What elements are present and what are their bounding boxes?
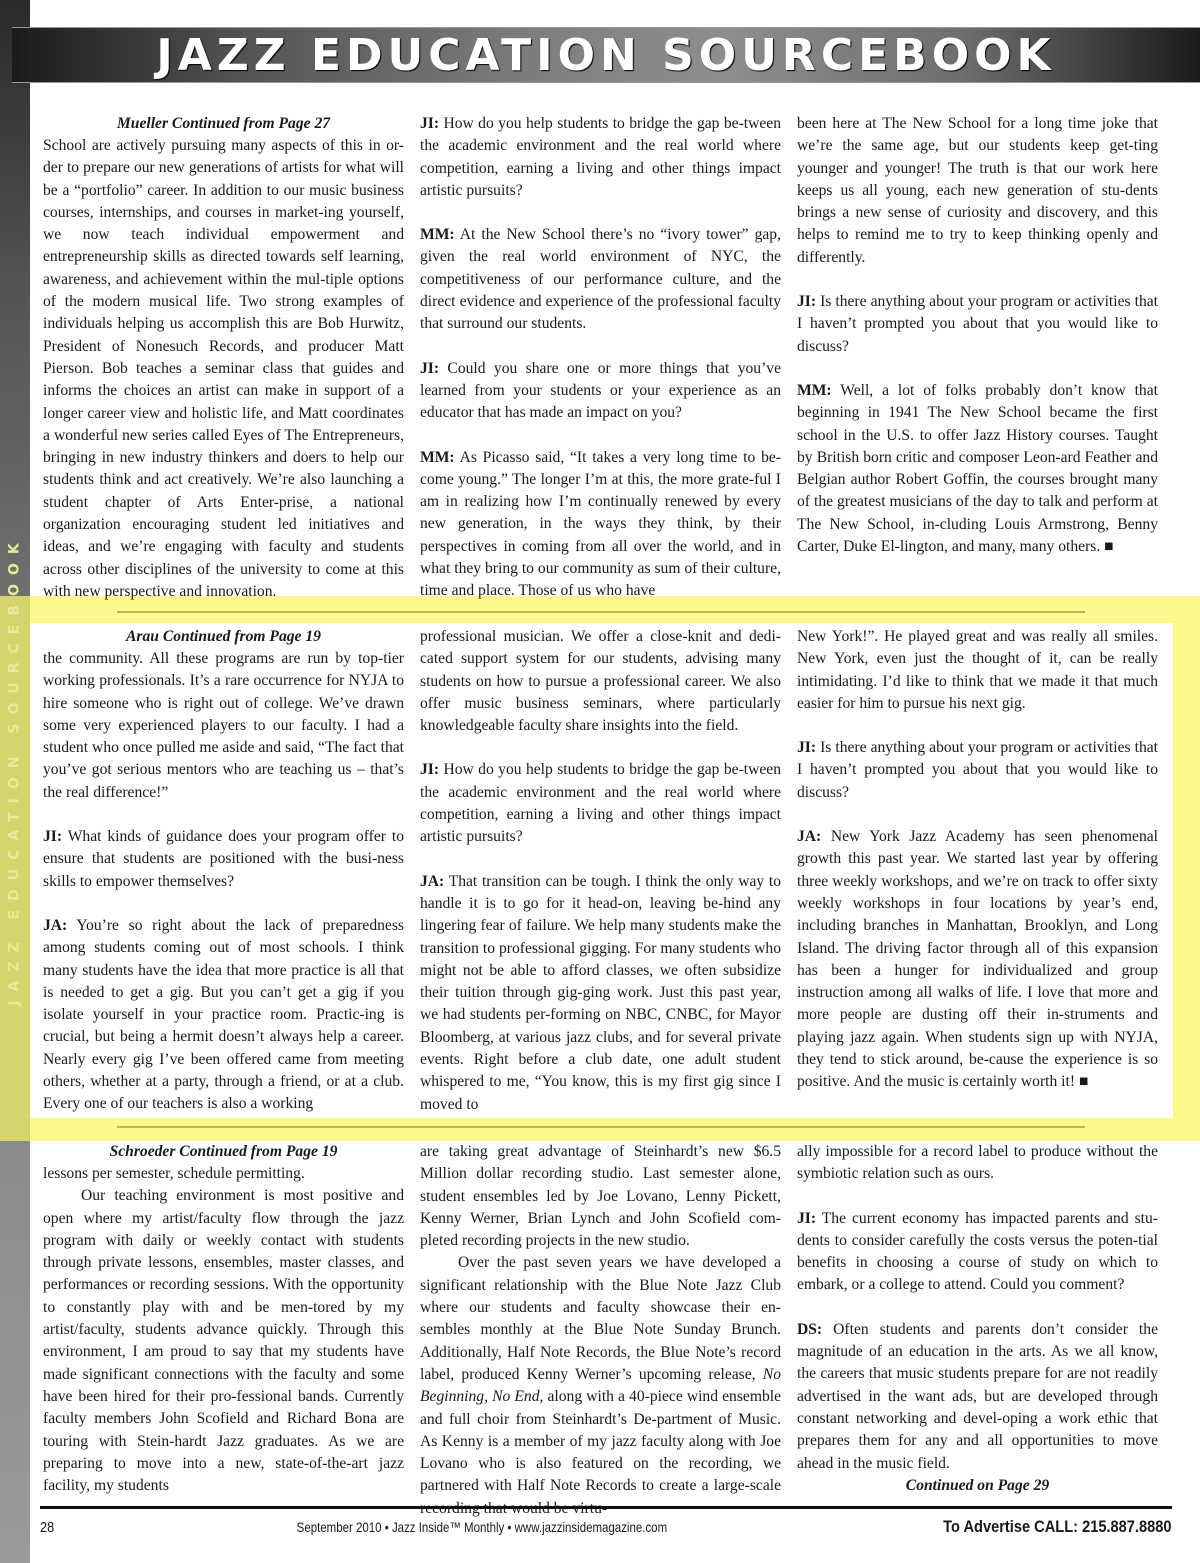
schroeder-column-2: are taking great advantage of Steinhardt… [420, 1141, 781, 1520]
paragraph: Our teaching environment is most positiv… [43, 1185, 404, 1497]
answer-paragraph: JA: New York Jazz Academy has seen pheno… [797, 826, 1158, 1094]
arau-column-1: Arau Continued from Page 19 the communit… [43, 626, 404, 1116]
paragraph: Over the past seven years we have develo… [420, 1252, 781, 1520]
answer-paragraph: MM: At the New School there’s no “ivory … [420, 224, 781, 335]
answer-paragraph: MM: Well, a lot of folks probably don’t … [797, 380, 1158, 558]
paragraph: New York!”. He played great and was real… [797, 626, 1158, 715]
mueller-continued-heading: Mueller Continued from Page 27 [43, 113, 404, 135]
header-banner: JAZZ EDUCATION SOURCEBOOK [12, 27, 1200, 83]
footer-rule [40, 1506, 1172, 1509]
question-paragraph: JI: How do you help students to bridge t… [420, 113, 781, 202]
arau-column-2: professional musician. We offer a close-… [420, 626, 781, 1116]
arau-continued-heading: Arau Continued from Page 19 [43, 626, 404, 648]
answer-paragraph: DS: Often students and parents don’t con… [797, 1319, 1158, 1475]
paragraph: the community. All these programs are ru… [43, 648, 404, 804]
answer-paragraph: JA: You’re so right about the lack of pr… [43, 915, 404, 1116]
schroeder-column-1: Schroeder Continued from Page 19 lessons… [43, 1141, 404, 1497]
paragraph: are taking great advantage of Steinhardt… [420, 1141, 781, 1252]
vertical-section-label: JAZZ EDUCATION SOURCEBOOK [0, 560, 30, 980]
paragraph: ally impossible for a record label to pr… [797, 1141, 1158, 1186]
question-paragraph: JI: What kinds of guidance does your pro… [43, 826, 404, 893]
answer-paragraph: JA: That transition can be tough. I thin… [420, 871, 781, 1116]
question-paragraph: JI: Is there anything about your program… [797, 737, 1158, 804]
paragraph: lessons per semester, schedule permittin… [43, 1163, 404, 1185]
arau-column-3: New York!”. He played great and was real… [797, 626, 1158, 1094]
schroeder-column-3: ally impossible for a record label to pr… [797, 1141, 1158, 1497]
schroeder-continued-heading: Schroeder Continued from Page 19 [43, 1141, 404, 1163]
question-paragraph: JI: Could you share one or more things t… [420, 358, 781, 425]
vertical-label-text: JAZZ EDUCATION SOURCEBOOK [7, 534, 23, 1005]
continued-on-link: Continued on Page 29 [797, 1475, 1158, 1497]
paragraph: been here at The New School for a long t… [797, 113, 1158, 269]
paragraph: School are actively pursuing many aspect… [43, 135, 404, 603]
page-footer: 28 September 2010 • Jazz Inside™ Monthly… [40, 1513, 1172, 1541]
paragraph: professional musician. We offer a close-… [420, 626, 781, 737]
section-divider-top [117, 611, 1085, 613]
question-paragraph: JI: The current economy has impacted par… [797, 1208, 1158, 1297]
answer-paragraph: MM: As Picasso said, “It takes a very lo… [420, 447, 781, 603]
mueller-column-2: JI: How do you help students to bridge t… [420, 113, 781, 603]
question-paragraph: JI: Is there anything about your program… [797, 291, 1158, 358]
mueller-column-1: Mueller Continued from Page 27 School ar… [43, 113, 404, 603]
issue-info: September 2010 • Jazz Inside™ Monthly • … [296, 1519, 666, 1535]
mueller-column-3: been here at The New School for a long t… [797, 113, 1158, 558]
question-paragraph: JI: How do you help students to bridge t… [420, 759, 781, 848]
advertise-contact: To Advertise CALL: 215.887.8880 [944, 1517, 1172, 1537]
page-number: 28 [40, 1519, 54, 1536]
page-title: JAZZ EDUCATION SOURCEBOOK [156, 30, 1055, 81]
section-divider-bottom [117, 1126, 1085, 1128]
